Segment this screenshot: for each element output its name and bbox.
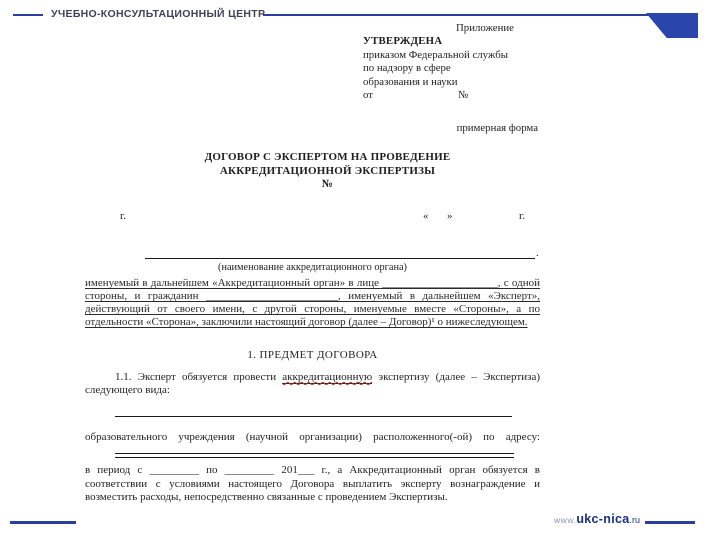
org-name-blank-rule bbox=[145, 258, 535, 259]
intro-paragraph: именуемый в дальнейшем «Аккредитационный… bbox=[85, 277, 540, 329]
footer-rule-right bbox=[645, 521, 695, 524]
spellcheck-marked-word: аккредитационную bbox=[282, 371, 372, 384]
approval-authority-line1: приказом Федеральной службы bbox=[363, 49, 540, 62]
day-quote-close: » bbox=[447, 210, 453, 222]
place-date-row: г. « » г. bbox=[85, 210, 540, 224]
org-name-caption: (наименование аккредитационного органа) bbox=[85, 262, 540, 273]
org-type-line: образовательного учреждения (научной орг… bbox=[85, 431, 540, 444]
clause-1-1: 1.1. Эксперт обязуется провести аккредит… bbox=[85, 371, 540, 397]
contract-title-number: № bbox=[115, 178, 540, 192]
approval-date-label: от bbox=[363, 89, 373, 101]
place-city-label: г. bbox=[120, 210, 126, 222]
approval-date-number-row: от№ bbox=[363, 89, 540, 102]
approved-label: УТВЕРЖДЕНА bbox=[363, 35, 540, 48]
section-1-heading: 1. ПРЕДМЕТ ДОГОВОРА bbox=[85, 349, 540, 361]
site-url[interactable]: www.ukc-nica.ru bbox=[554, 512, 640, 526]
contract-title-line1: ДОГОВОР С ЭКСПЕРТОМ НА ПРОВЕДЕНИЕ bbox=[115, 151, 540, 165]
blank-fill-line-1 bbox=[115, 416, 512, 417]
approval-authority-line3: образования и науки bbox=[363, 76, 540, 89]
document-page: Приложение УТВЕРЖДЕНА приказом Федеральн… bbox=[85, 0, 540, 540]
clause-1-1-text-pre: 1.1. Эксперт обязуется провести bbox=[115, 371, 282, 383]
approval-block: Приложение УТВЕРЖДЕНА приказом Федеральн… bbox=[363, 22, 540, 102]
org-blank-period: . bbox=[536, 247, 539, 259]
period-clause-paragraph: в период с _________ по _________ 201___… bbox=[85, 464, 540, 505]
org-name-blank-row: . bbox=[85, 245, 540, 259]
blank-fill-line-2 bbox=[115, 453, 514, 458]
approval-authority-line2: по надзору в сфере bbox=[363, 62, 540, 75]
form-note: примерная форма bbox=[85, 122, 538, 134]
footer-rule-left bbox=[10, 521, 76, 524]
url-domain: ukc-nica bbox=[576, 512, 629, 526]
url-tld: .ru bbox=[629, 515, 640, 525]
approval-number-label: № bbox=[458, 89, 468, 101]
appendix-label: Приложение bbox=[363, 22, 540, 35]
year-label: г. bbox=[519, 210, 525, 222]
corner-accent-shape bbox=[646, 13, 698, 38]
contract-title: ДОГОВОР С ЭКСПЕРТОМ НА ПРОВЕДЕНИЕ АККРЕД… bbox=[85, 151, 540, 192]
day-quote-open: « bbox=[423, 210, 429, 222]
slide: УЧЕБНО-КОНСУЛЬТАЦИОННЫЙ ЦЕНТР Приложение… bbox=[0, 0, 720, 540]
url-www: www. bbox=[554, 515, 576, 525]
header-rule-left bbox=[13, 14, 43, 16]
contract-title-line2: АККРЕДИТАЦИОННОЙ ЭКСПЕРТИЗЫ bbox=[115, 165, 540, 179]
